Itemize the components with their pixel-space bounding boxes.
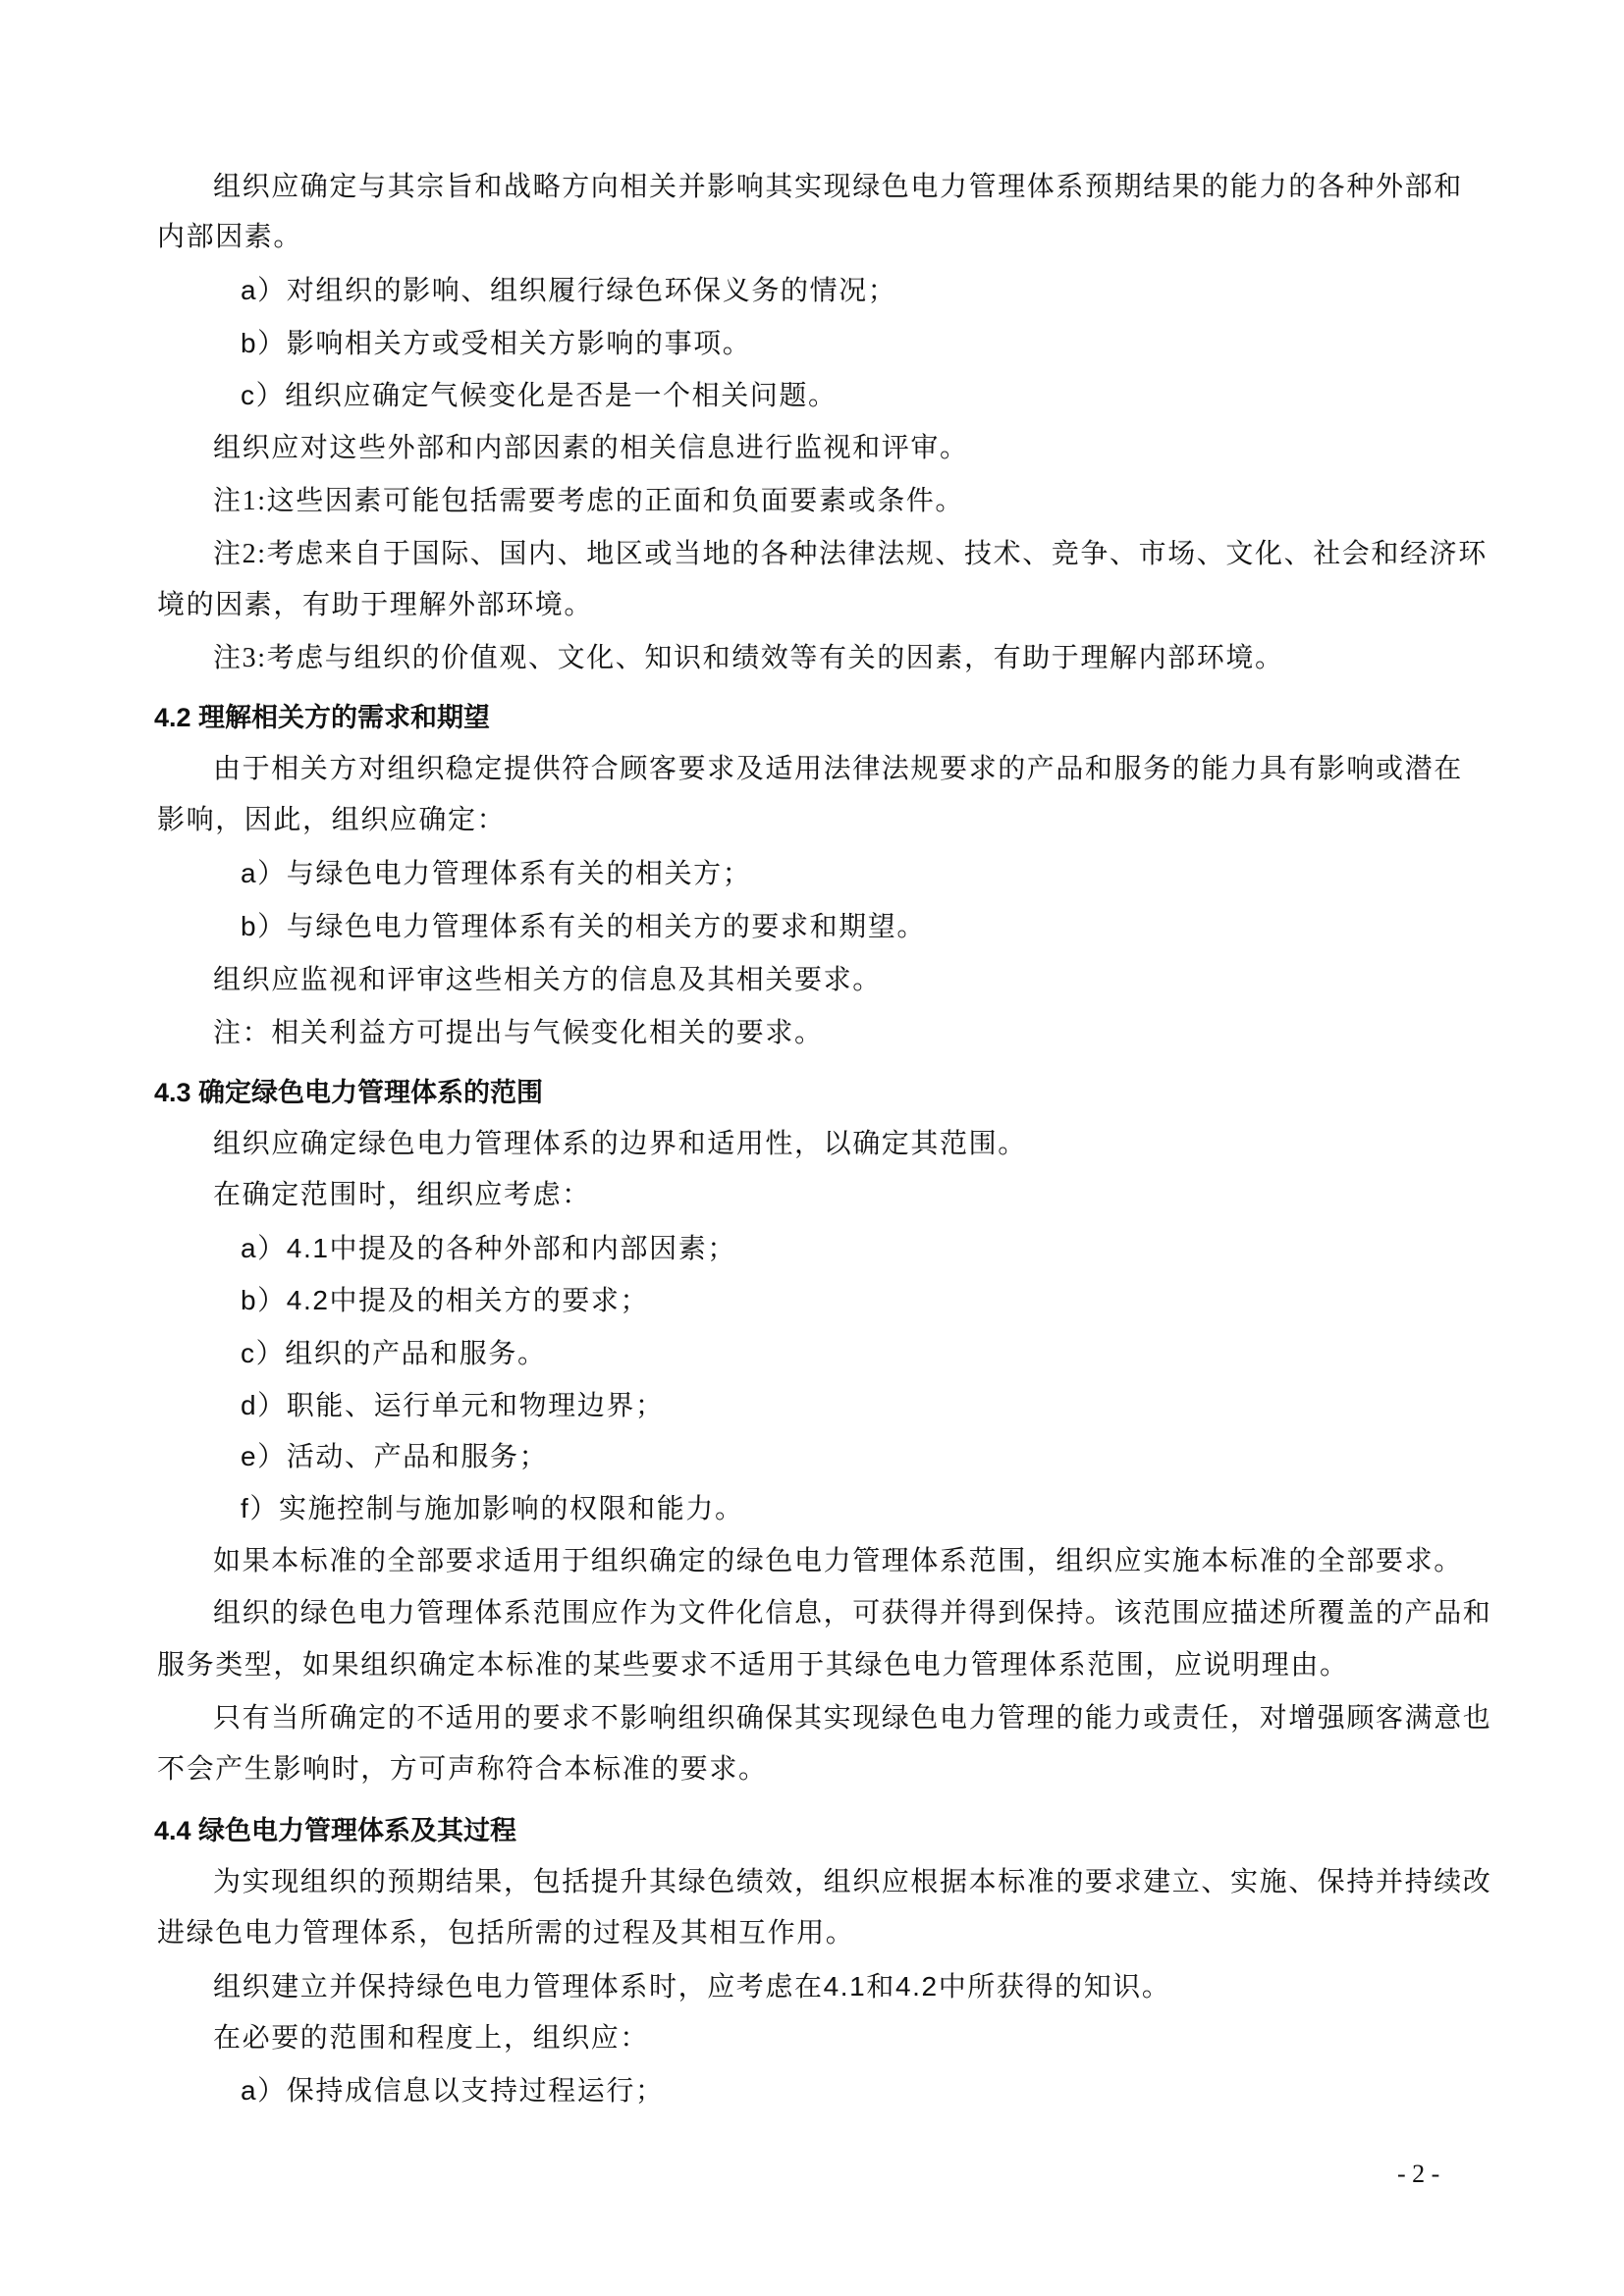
list-item: a）与绿色电力管理体系有关的相关方； [241, 856, 751, 891]
list-item: b）与绿色电力管理体系有关的相关方的要求和期望。 [241, 909, 926, 944]
list-item-text: 与绿色电力管理体系有关的相关方； [287, 859, 752, 889]
list-marker: a） [241, 1233, 287, 1263]
list-marker: a） [241, 275, 287, 305]
list-item: a）4.1中提及的各种外部和内部因素； [241, 1231, 736, 1266]
list-item: b）4.2中提及的相关方的要求； [241, 1283, 649, 1318]
list-marker: c） [241, 1338, 285, 1368]
list-item-text: 活动、产品和服务； [287, 1442, 548, 1472]
text-segment: 组织建立并保持绿色电力管理体系时，应考虑在 [213, 1972, 824, 2002]
list-item-text: 中提及的各种外部和内部因素； [330, 1234, 736, 1264]
list-item-text: 对组织的影响、组织履行绿色环保义务的情况； [287, 276, 897, 306]
heading-text: 绿色电力管理体系及其过程 [191, 1816, 517, 1845]
section-heading-4-4: 4.4 绿色电力管理体系及其过程 [154, 1813, 516, 1848]
paragraph-line: 在必要的范围和程度上，组织应： [213, 2021, 649, 2056]
list-item-text: 保持成信息以支持过程运行； [287, 2076, 665, 2107]
note-2: 注2:考虑来自于国际、国内、地区或当地的各种法律法规、技术、竞争、市场、文化、社… [213, 537, 1488, 572]
paragraph-line: 只有当所确定的不适用的要求不影响组织确保其实现绿色电力管理的能力或责任，对增强顾… [213, 1701, 1491, 1736]
heading-number: 4.2 [154, 703, 191, 732]
list-item: c）组织的产品和服务。 [241, 1336, 547, 1371]
section-reference: 4.1 [287, 1233, 330, 1263]
paragraph-line: 组织应监视和评审这些相关方的信息及其相关要求。 [213, 963, 882, 998]
paragraph-line: 组织应确定与其宗旨和战略方向相关并影响其实现绿色电力管理体系预期结果的能力的各种… [213, 170, 1463, 205]
list-item-text: 组织应确定气候变化是否是一个相关问题。 [285, 381, 837, 411]
page-number: - 2 - [1397, 2160, 1439, 2189]
note-label: 注2: [213, 539, 267, 569]
list-item: c）组织应确定气候变化是否是一个相关问题。 [241, 378, 838, 413]
list-item: a）对组织的影响、组织履行绿色环保义务的情况； [241, 273, 896, 308]
list-item: b）影响相关方或受相关方影响的事项。 [241, 326, 751, 361]
list-marker: b） [241, 1285, 287, 1315]
list-item: f）实施控制与施加影响的权限和能力。 [241, 1491, 744, 1526]
section-heading-4-3: 4.3 确定绿色电力管理体系的范围 [154, 1075, 543, 1110]
document-page: 组织应确定与其宗旨和战略方向相关并影响其实现绿色电力管理体系预期结果的能力的各种… [0, 0, 1624, 2296]
paragraph-line: 组织的绿色电力管理体系范围应作为文件化信息，可获得并得到保持。该范围应描述所覆盖… [213, 1596, 1491, 1631]
note-label: 注3: [213, 643, 267, 673]
text-segment: 中所获得的知识。 [939, 1972, 1171, 2002]
list-item: e）活动、产品和服务； [241, 1439, 548, 1474]
paragraph-line: 组织应确定绿色电力管理体系的边界和适用性，以确定其范围。 [213, 1127, 1027, 1162]
section-reference: 4.2 [895, 1971, 939, 2002]
note-text: 这些因素可能包括需要考虑的正面和负面要素或条件。 [267, 486, 964, 516]
list-item-text: 实施控制与施加影响的权限和能力。 [279, 1494, 744, 1524]
note: 注：相关利益方可提出与气候变化相关的要求。 [213, 1016, 824, 1051]
list-item: d）职能、运行单元和物理边界； [241, 1388, 665, 1423]
list-marker: b） [241, 911, 287, 941]
paragraph-line: 为实现组织的预期结果，包括提升其绿色绩效，组织应根据本标准的要求建立、实施、保持… [213, 1865, 1491, 1900]
list-marker: a） [241, 2075, 287, 2106]
paragraph-line: 内部因素。 [157, 220, 302, 255]
paragraph-line: 在确定范围时，组织应考虑： [213, 1178, 591, 1213]
heading-text: 确定绿色电力管理体系的范围 [191, 1078, 544, 1107]
paragraph-line: 进绿色电力管理体系，包括所需的过程及其相互作用。 [157, 1916, 854, 1951]
list-item-text: 职能、运行单元和物理边界； [287, 1391, 665, 1421]
list-marker: f） [241, 1493, 279, 1523]
paragraph-line: 如果本标准的全部要求适用于组织确定的绿色电力管理体系范围，组织应实施本标准的全部… [213, 1544, 1463, 1579]
section-heading-4-2: 4.2 理解相关方的需求和期望 [154, 700, 490, 735]
note-1: 注1:这些因素可能包括需要考虑的正面和负面要素或条件。 [213, 484, 964, 519]
note-text: 考虑来自于国际、国内、地区或当地的各种法律法规、技术、竞争、市场、文化、社会和经… [267, 539, 1488, 569]
list-item-text: 与绿色电力管理体系有关的相关方的要求和期望。 [287, 912, 926, 942]
paragraph-line: 组织应对这些外部和内部因素的相关信息进行监视和评审。 [213, 431, 969, 466]
list-item-text: 中提及的相关方的要求； [330, 1286, 650, 1316]
list-marker: b） [241, 328, 287, 358]
heading-number: 4.4 [154, 1816, 191, 1845]
paragraph-line: 由于相关方对组织稳定提供符合顾客要求及适用法律法规要求的产品和服务的能力具有影响… [213, 752, 1463, 787]
list-item-text: 组织的产品和服务。 [285, 1339, 546, 1369]
paragraph-line: 组织建立并保持绿色电力管理体系时，应考虑在4.1和4.2中所获得的知识。 [213, 1969, 1171, 2004]
list-marker: d） [241, 1390, 287, 1420]
note-2-continuation: 境的因素，有助于理解外部环境。 [157, 588, 593, 623]
paragraph-line: 服务类型，如果组织确定本标准的某些要求不适用于其绿色电力管理体系范围，应说明理由… [157, 1648, 1349, 1683]
text-segment: 和 [866, 1972, 895, 2002]
heading-text: 理解相关方的需求和期望 [191, 703, 491, 732]
list-marker: a） [241, 858, 287, 888]
heading-number: 4.3 [154, 1078, 191, 1107]
note-3: 注3:考虑与组织的价值观、文化、知识和绩效等有关的因素，有助于理解内部环境。 [213, 641, 1284, 676]
list-marker: c） [241, 380, 285, 410]
section-reference: 4.2 [287, 1285, 330, 1315]
paragraph-line: 影响，因此，组织应确定： [157, 803, 506, 838]
note-label: 注1: [213, 486, 267, 516]
paragraph-line: 不会产生影响时，方可声称符合本标准的要求。 [157, 1752, 768, 1788]
list-item: a）保持成信息以支持过程运行； [241, 2073, 665, 2109]
section-reference: 4.1 [824, 1971, 867, 2002]
note-text: 考虑与组织的价值观、文化、知识和绩效等有关的因素，有助于理解内部环境。 [267, 643, 1284, 673]
list-item-text: 影响相关方或受相关方影响的事项。 [287, 329, 752, 359]
list-marker: e） [241, 1441, 287, 1471]
